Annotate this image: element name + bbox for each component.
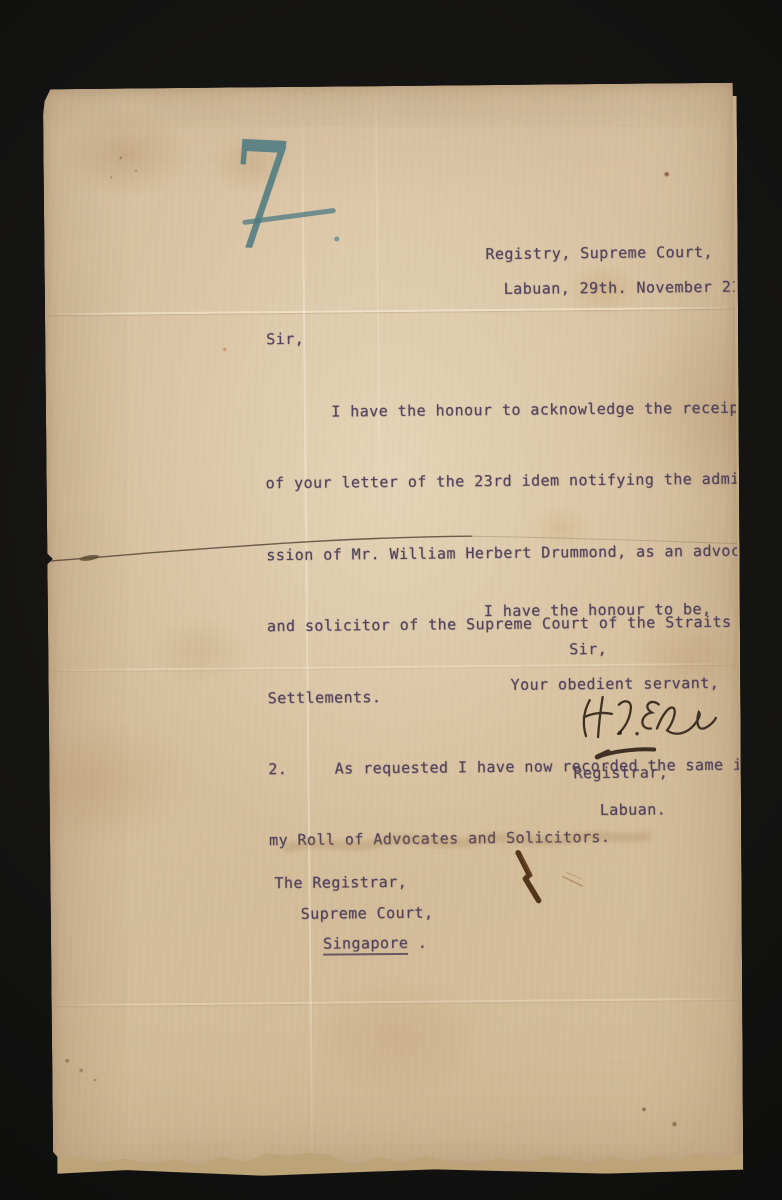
addressee-name: The Registrar, [274, 873, 407, 893]
signature-title: Registrar, [573, 763, 668, 783]
addressee-city-line: Singapore . [323, 934, 427, 954]
body-line: ssion of Mr. William Herbert Drummond, a… [266, 541, 769, 579]
salutation: Sir, [266, 330, 304, 349]
closing-honour: I have the honour to be, [484, 600, 712, 621]
signature-ink [575, 689, 736, 773]
signature-place: Labuan. [600, 800, 667, 820]
letterhead-dateline: Labuan, 29th. November 21 [504, 278, 741, 299]
closing-sir: Sir, [569, 640, 607, 659]
body-line: of your letter of the 23rd idem notifyin… [266, 470, 769, 508]
letter-body: I have the honour to acknowledge the rec… [264, 360, 772, 903]
page-number-ink-dot [334, 236, 339, 241]
debris-mark [508, 846, 609, 907]
letterhead-office: Registry, Supreme Court, [485, 243, 713, 264]
body-line: I have the honour to acknowledge the rec… [265, 398, 768, 436]
addressee-org: Supreme Court, [301, 904, 434, 924]
addressee-city: Singapore [323, 934, 409, 956]
fold-crease-bottom [52, 998, 742, 1007]
handwritten-page-number: 7 [225, 121, 295, 272]
fold-crease-top [45, 307, 735, 316]
letter-page: 7 Registry, Supreme Court, Labuan, 29th.… [43, 83, 743, 1172]
addressee-city-period: . [408, 934, 427, 952]
